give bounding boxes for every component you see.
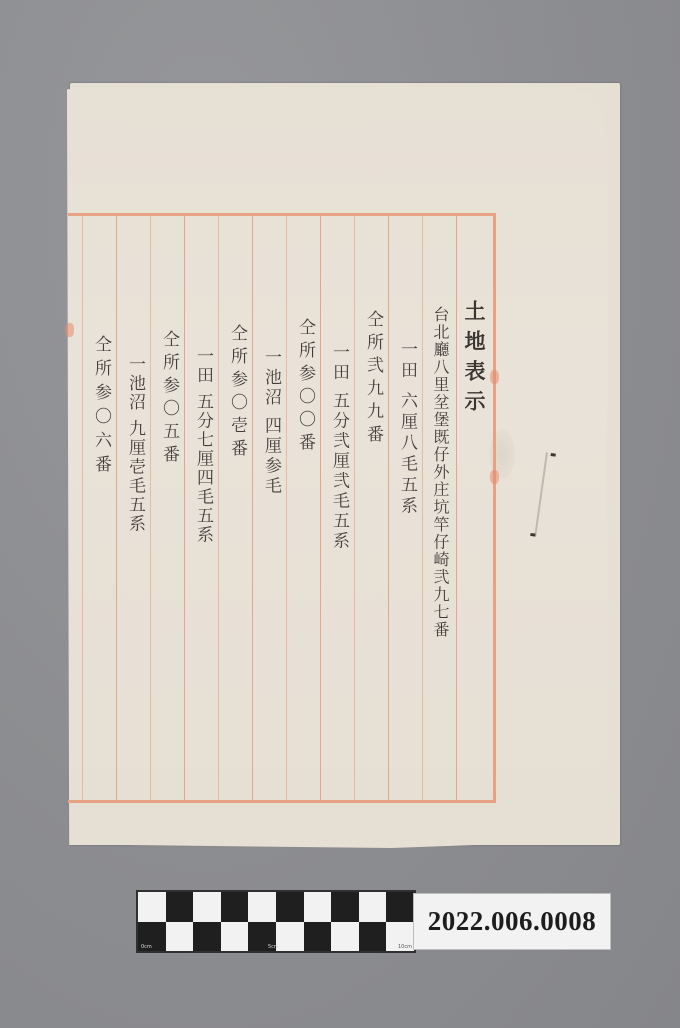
- entry-2-location: 仝所弐九九番: [364, 310, 381, 448]
- entry-6-location: 仝所参〇六番: [92, 335, 109, 479]
- ruled-line: [422, 216, 423, 800]
- ruled-line: [456, 216, 457, 800]
- ruled-line: [388, 216, 389, 800]
- entry-4-location: 仝所参〇壱番: [228, 324, 245, 462]
- ruled-line: [82, 216, 83, 800]
- ruled-line: [286, 216, 287, 800]
- entry-5-area: 一池沼 九厘壱毛五系: [126, 355, 143, 533]
- red-seal-mark: [490, 470, 499, 484]
- entry-2-area: 一田 五分弐厘弐毛五系: [330, 343, 347, 551]
- scale-bar: [138, 892, 414, 951]
- document-title: 土地表示: [464, 300, 485, 420]
- ruled-line: [116, 216, 117, 800]
- ruled-line: [218, 216, 219, 800]
- red-seal-mark: [65, 323, 74, 337]
- entry-1-location: 台北廳八里坌堡既仔外庄坑竿仔崎弐九七番: [432, 306, 448, 639]
- accession-number-label: 2022.006.0008: [414, 894, 610, 949]
- ruled-line: [320, 216, 321, 800]
- ruled-line: [150, 216, 151, 800]
- entry-5-location: 仝所参〇五番: [160, 330, 177, 468]
- ruled-line: [252, 216, 253, 800]
- ruled-line: [184, 216, 185, 800]
- red-seal-mark: [490, 370, 499, 384]
- scale-start-label: 0cm: [141, 944, 152, 950]
- entry-3-area: 一池沼 四厘参毛: [262, 348, 279, 496]
- entry-4-area: 一田 五分七厘四毛五系: [194, 347, 211, 544]
- entry-3-location: 仝所参〇〇番: [296, 318, 313, 456]
- ruled-line: [354, 216, 355, 800]
- scale-mid-label: 5cm: [268, 944, 279, 950]
- scale-end-label: 10cm: [398, 944, 412, 950]
- entry-1-area: 一田 六厘八毛五系: [398, 340, 415, 517]
